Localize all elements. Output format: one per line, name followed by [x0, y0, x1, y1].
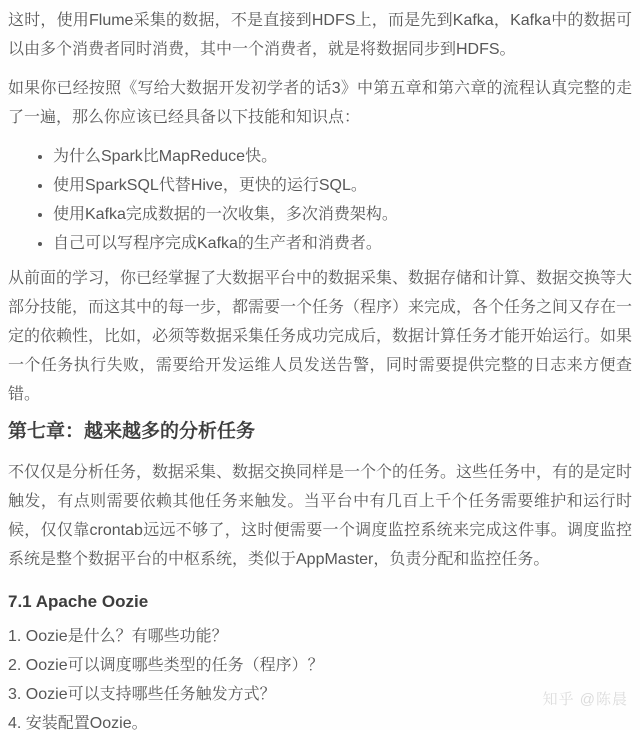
skills-list-item: 使用Kafka完成数据的一次收集，多次消费架构。 [53, 200, 632, 229]
paragraph-flume-kafka: 这时，使用Flume采集的数据，不是直接到HDFS上，而是先到Kafka，Kaf… [8, 6, 632, 64]
skills-list-item: 自己可以写程序完成Kafka的生产者和消费者。 [53, 229, 632, 258]
skills-list: 为什么Spark比MapReduce快。 使用SparkSQL代替Hive，更快… [8, 142, 632, 258]
skills-list-item: 使用SparkSQL代替Hive，更快的运行SQL。 [53, 171, 632, 200]
oozie-question-item: Oozie是什么？有哪些功能？ [8, 622, 632, 651]
oozie-question-item: Oozie可以调度哪些类型的任务（程序）？ [8, 651, 632, 680]
oozie-question-item: 安装配置Oozie。 [8, 709, 632, 730]
oozie-question-item: Oozie可以支持哪些任务触发方式？ [8, 680, 632, 709]
zhihu-watermark: 知乎 @陈晨 [543, 688, 628, 709]
paragraph-task-dependency: 从前面的学习，你已经掌握了大数据平台中的数据采集、数据存储和计算、数据交换等大部… [8, 264, 632, 409]
paragraph-scheduling-system: 不仅仅是分析任务，数据采集、数据交换同样是一个个的任务。这些任务中，有的是定时触… [8, 458, 632, 574]
article-page: 这时，使用Flume采集的数据，不是直接到HDFS上，而是先到Kafka，Kaf… [0, 0, 640, 730]
chapter-heading: 第七章：越来越多的分析任务 [8, 419, 632, 445]
skills-list-item: 为什么Spark比MapReduce快。 [53, 142, 632, 171]
paragraph-prerequisites: 如果你已经按照《写给大数据开发初学者的话3》中第五章和第六章的流程认真完整的走了… [8, 74, 632, 132]
section-heading: 7.1 Apache Oozie [8, 590, 632, 614]
oozie-questions-list: Oozie是什么？有哪些功能？ Oozie可以调度哪些类型的任务（程序）？ Oo… [8, 622, 632, 730]
